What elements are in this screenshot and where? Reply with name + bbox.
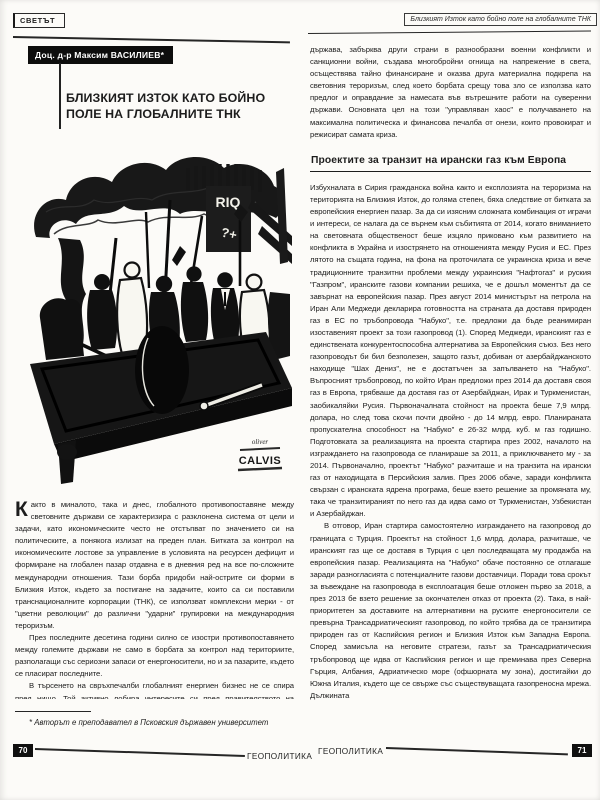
svg-text:CALVIS: CALVIS: [239, 455, 282, 467]
running-header: Близкият Изток като бойно поле на глобал…: [404, 13, 597, 26]
journal-name: ГЕОПОЛИТИКА: [318, 747, 383, 756]
page-right: Близкият Изток като бойно поле на глобал…: [300, 0, 600, 800]
footer-rule-left: [35, 748, 245, 756]
header-rule-left: [13, 36, 290, 43]
paragraph: В отговор, Иран стартира самостоятелно и…: [310, 520, 591, 701]
svg-text:RIQ: RIQ: [216, 194, 241, 210]
paragraph: През последните десетина години силно се…: [15, 632, 294, 680]
political-cartoon: RIQ ?+: [28, 142, 292, 492]
title-connector-line: [59, 63, 61, 129]
paragraph: Както в миналото, така и днес, глобалнот…: [15, 499, 294, 632]
footer-rule-right: [386, 747, 568, 755]
paragraph: Избухналата в Сирия гражданска война как…: [310, 182, 591, 521]
page-number-badge: 71: [572, 744, 592, 757]
footnote-rule: [15, 711, 91, 712]
author-badge: Доц. д-р Максим ВАСИЛИЕВ*: [28, 46, 173, 64]
drop-cap: К: [15, 500, 28, 519]
page-number-badge: 70: [13, 744, 33, 757]
page-left: СВЕТЪТ Доц. д-р Максим ВАСИЛИЕВ* БЛИЗКИЯ…: [0, 0, 300, 800]
cartoon-signature-stamp: oliver CALVIS: [238, 438, 282, 470]
paragraph: В търсенето на свръхпечалби глобалният е…: [15, 680, 294, 699]
article-title: БЛИЗКИЯТ ИЗТОК КАТО БОЙНО ПОЛЕ НА ГЛОБАЛ…: [66, 90, 292, 122]
header-rule-right: [308, 31, 591, 35]
paragraph: държава, забърква други страни в разнооб…: [310, 44, 591, 141]
svg-text:oliver: oliver: [252, 438, 269, 446]
footnote: * Авторът е преподавател в Псковския дър…: [29, 718, 285, 727]
section-heading: Проектите за транзит на ирански газ към …: [310, 155, 591, 172]
magazine-spread-scan: СВЕТЪТ Доц. д-р Максим ВАСИЛИЕВ* БЛИЗКИЯ…: [0, 0, 600, 800]
section-kicker: СВЕТЪТ: [13, 13, 65, 28]
body-text-left: Както в миналото, така и днес, глобалнот…: [15, 499, 294, 699]
body-text-right: държава, забърква други страни в разнооб…: [310, 44, 591, 738]
